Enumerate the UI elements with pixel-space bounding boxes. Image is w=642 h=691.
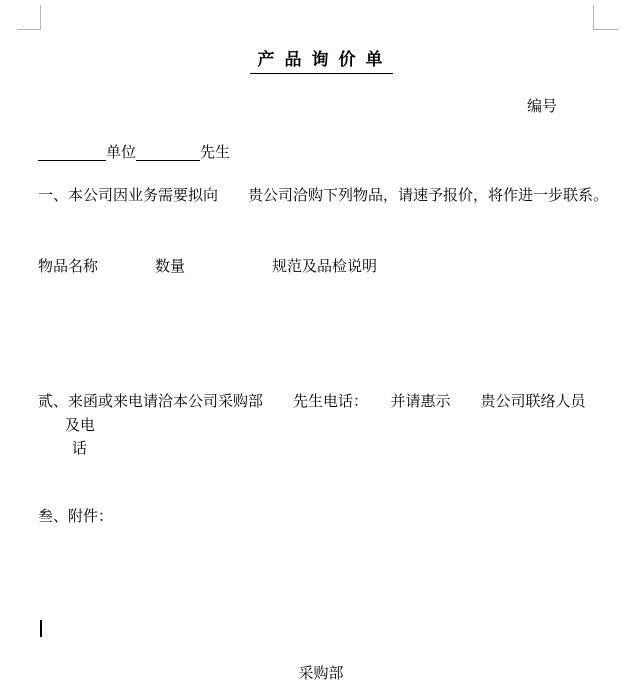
document-title-row: 产品询价单 bbox=[0, 50, 642, 74]
unit-label: 单位 bbox=[106, 144, 136, 161]
items-header-name: 物品名称 bbox=[38, 258, 98, 276]
section-3-paragraph: 叁、附件： bbox=[38, 508, 113, 526]
footer-row: 采购部 bbox=[0, 665, 642, 683]
footer-department: 采购部 bbox=[298, 665, 343, 682]
serial-number-label: 编号 bbox=[527, 98, 557, 116]
document-page[interactable]: 产品询价单 编号 单位先生 一、本公司因业务需要拟向 贵公司洽购下列物品，请速予… bbox=[0, 0, 642, 691]
section-2-line-3: 话 bbox=[72, 440, 87, 458]
section-1-paragraph: 一、本公司因业务需要拟向 贵公司洽购下列物品，请速予报价，将作进一步联系。 bbox=[38, 187, 608, 205]
margin-crop-mark-top-left-horizontal bbox=[17, 29, 41, 30]
recipient-line: 单位先生 bbox=[38, 142, 230, 162]
section-2-line-2: 及电 bbox=[65, 417, 95, 435]
items-header-spec: 规范及品检说明 bbox=[272, 258, 377, 276]
section-2-line-1: 贰、来函或来电请洽本公司采购部 先生电话： 并请惠示 贵公司联络人员 bbox=[38, 393, 586, 411]
mister-label: 先生 bbox=[200, 144, 230, 161]
items-header-quantity: 数量 bbox=[155, 258, 185, 276]
blank-person-name-field bbox=[136, 142, 200, 161]
text-cursor bbox=[40, 620, 42, 637]
margin-crop-mark-top-right-vertical bbox=[593, 5, 594, 30]
blank-unit-name-field bbox=[38, 142, 106, 161]
margin-crop-mark-top-left-vertical bbox=[40, 5, 41, 30]
document-title: 产品询价单 bbox=[250, 50, 393, 74]
margin-crop-mark-top-right-horizontal bbox=[593, 29, 618, 30]
